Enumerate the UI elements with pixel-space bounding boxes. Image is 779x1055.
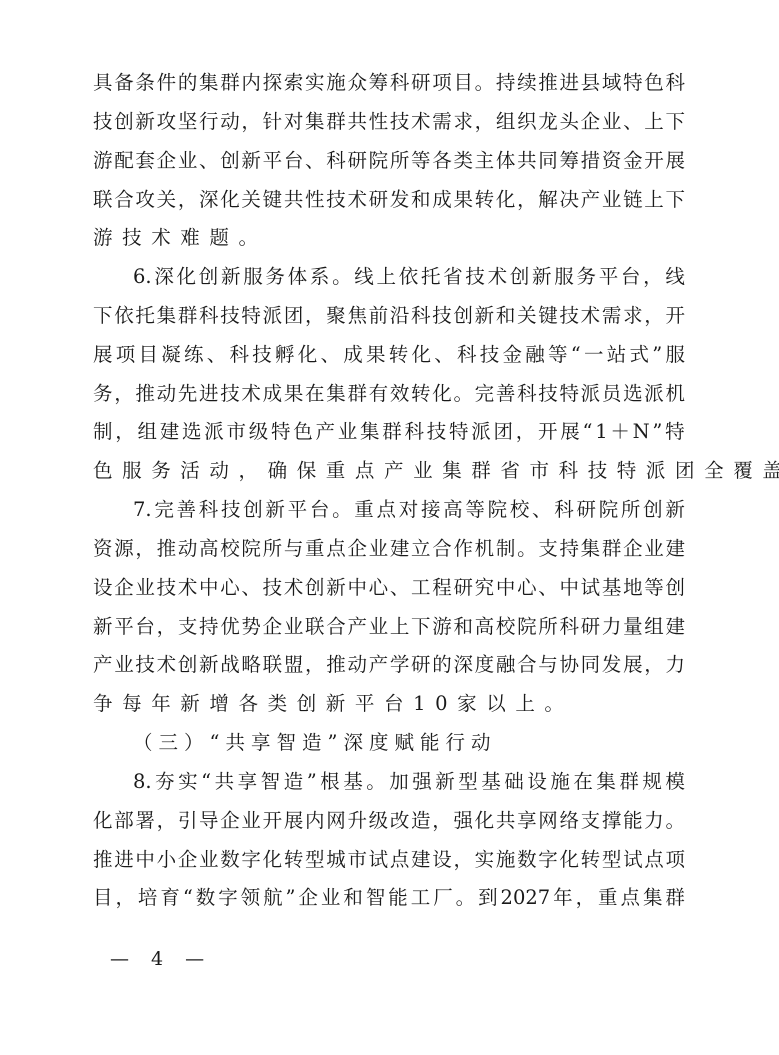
text-line: 展项目凝练、科技孵化、成果转化、科技金融等“一站式”服 xyxy=(93,340,685,370)
document-page: 具备条件的集群内探索实施众筹科研项目。持续推进县域特色科技创新攻坚行动，针对集群… xyxy=(0,0,779,1055)
text-line: 8.夯实“共享智造”根基。加强新型基础设施在集群规模 xyxy=(133,767,685,797)
text-line: 资源，推动高校院所与重点企业建立合作机制。支持集群企业建 xyxy=(93,534,685,564)
text-line: 游配套企业、创新平台、科研院所等各类主体共同筹措资金开展 xyxy=(93,146,685,176)
text-line: 争每年新增各类创新平台10家以上。 xyxy=(93,689,685,719)
text-line: 制，组建选派市级特色产业集群科技特派团，开展“1＋N”特 xyxy=(93,417,685,447)
text-line: 联合攻关，深化关键共性技术研发和成果转化，解决产业链上下 xyxy=(93,185,685,215)
text-line: 技创新攻坚行动，针对集群共性技术需求，组织龙头企业、上下 xyxy=(93,107,685,137)
text-line: 推进中小企业数字化转型城市试点建设，实施数字化转型试点项 xyxy=(93,845,685,875)
text-line: 化部署，引导企业开展内网升级改造，强化共享网络支撑能力。 xyxy=(93,806,685,836)
text-line: 下依托集群科技特派团，聚焦前沿科技创新和关键技术需求，开 xyxy=(93,301,685,331)
text-line: 游技术难题。 xyxy=(93,223,685,253)
text-line: 新平台，支持优势企业联合产业上下游和高校院所科研力量组建 xyxy=(93,612,685,642)
text-line: 色服务活动，确保重点产业集群省市科技特派团全覆盖。 xyxy=(93,456,685,486)
page-number: — 4 — xyxy=(110,945,212,973)
text-line: 目，培育“数字领航”企业和智能工厂。到2027年，重点集群 xyxy=(93,883,685,913)
text-line: 务，推动先进技术成果在集群有效转化。完善科技特派员选派机 xyxy=(93,379,685,409)
text-line: 7.完善科技创新平台。重点对接高等院校、科研院所创新 xyxy=(133,495,685,525)
text-line: 设企业技术中心、技术创新中心、工程研究中心、中试基地等创 xyxy=(93,573,685,603)
text-line: 具备条件的集群内探索实施众筹科研项目。持续推进县域特色科 xyxy=(93,68,685,98)
text-line: 6.深化创新服务体系。线上依托省技术创新服务平台，线 xyxy=(133,262,685,292)
text-line: 产业技术创新战略联盟，推动产学研的深度融合与协同发展，力 xyxy=(93,650,685,680)
section-heading: （三）“共享智造”深度赋能行动 xyxy=(133,728,496,758)
